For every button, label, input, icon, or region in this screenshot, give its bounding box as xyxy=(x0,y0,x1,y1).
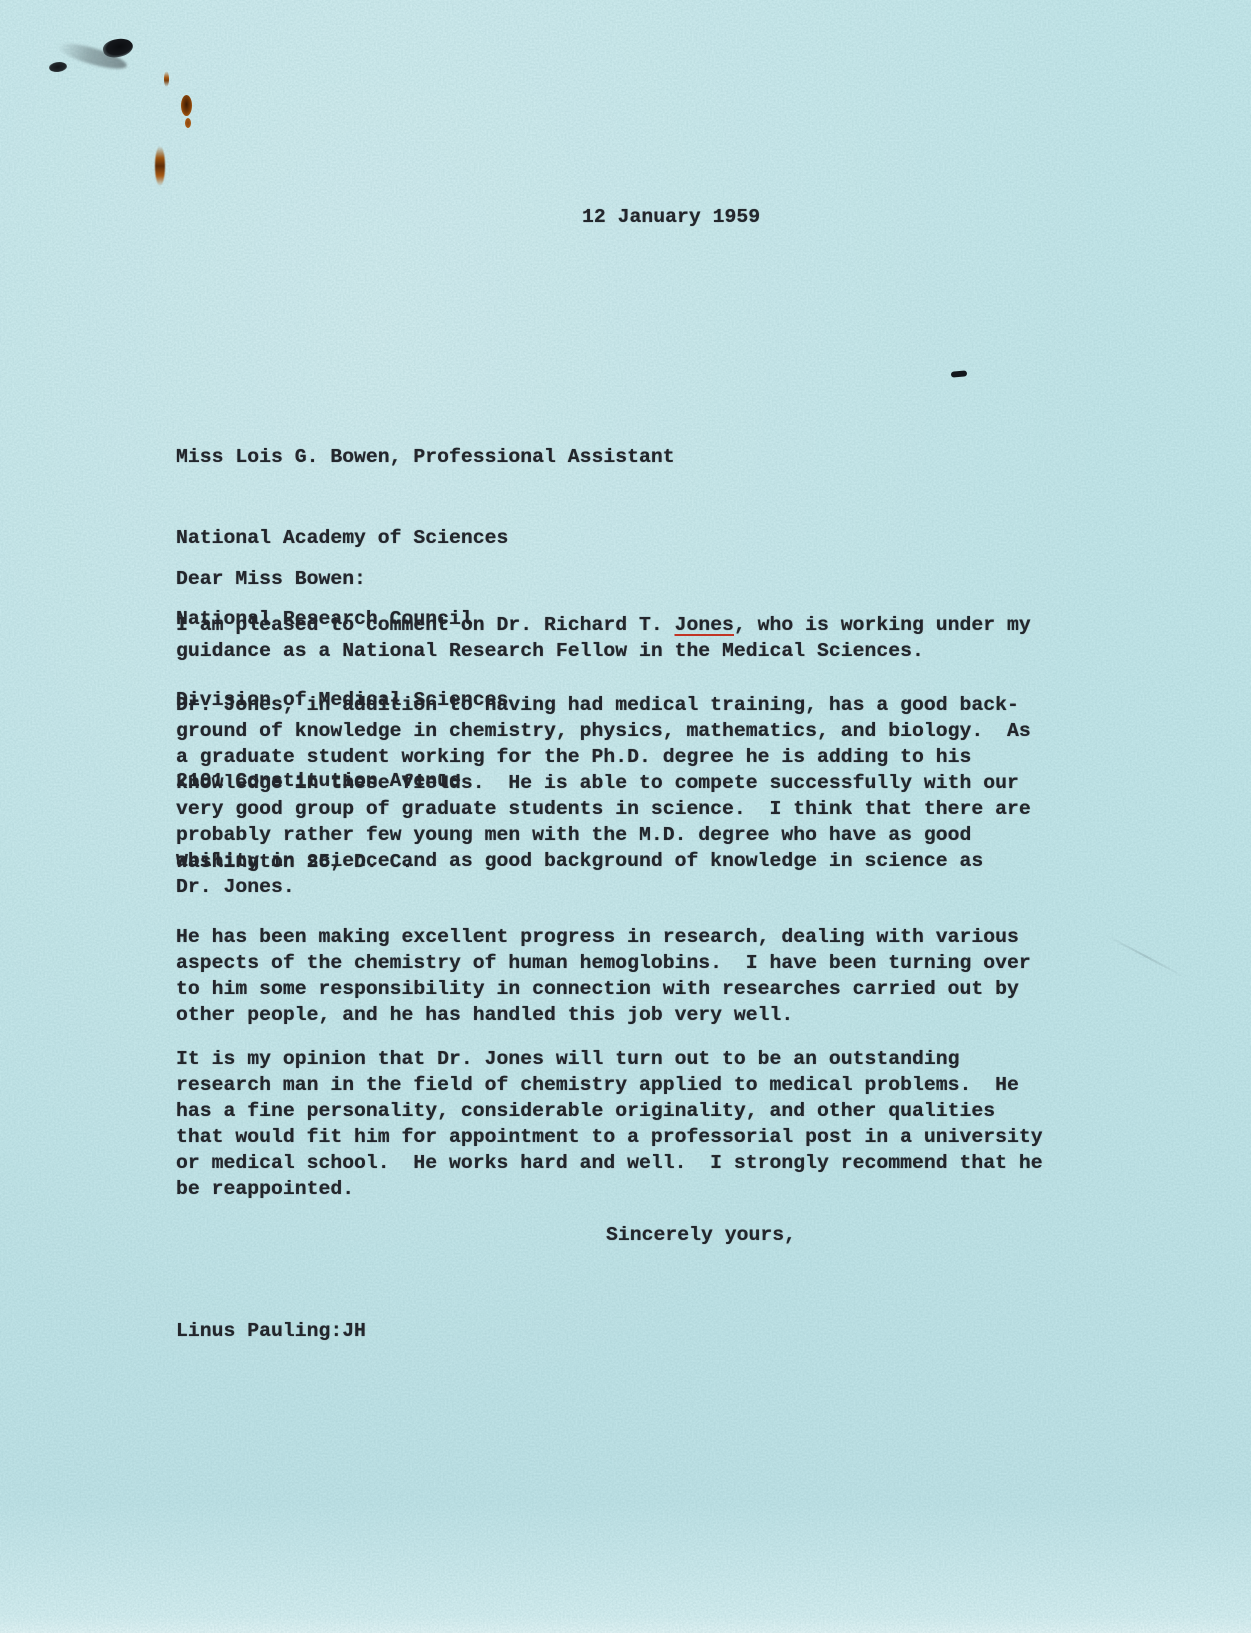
ink-smudge-small xyxy=(48,61,67,74)
ink-smear xyxy=(55,38,129,73)
recipient-name-line: Miss Lois G. Bowen, Professional Assista… xyxy=(176,444,675,471)
ink-smudge xyxy=(101,36,134,61)
ink-dash xyxy=(951,370,967,377)
paragraph-2: Dr. Jones, in addition to having had med… xyxy=(176,692,1031,900)
salutation: Dear Miss Bowen: xyxy=(176,566,366,592)
paragraph-3: He has been making excellent progress in… xyxy=(176,924,1031,1028)
rust-stain xyxy=(185,118,191,128)
rust-stain xyxy=(164,71,169,87)
paragraph-1: I am pleased to comment on Dr. Richard T… xyxy=(176,612,1031,664)
paragraph-4: It is my opinion that Dr. Jones will tur… xyxy=(176,1046,1043,1202)
letter-date: 12 January 1959 xyxy=(582,204,760,230)
underlined-name: Jones xyxy=(675,614,734,636)
rust-stain xyxy=(155,146,165,186)
paper-crease xyxy=(1105,934,1185,978)
signature-line: Linus Pauling:JH xyxy=(176,1318,366,1344)
rust-stain xyxy=(181,95,192,116)
letter-page: 12 January 1959 Miss Lois G. Bowen, Prof… xyxy=(0,0,1251,1633)
recipient-org-line: National Academy of Sciences xyxy=(176,525,675,552)
paragraph-1-text: I am pleased to comment on Dr. Richard T… xyxy=(176,614,675,636)
closing: Sincerely yours, xyxy=(606,1222,796,1248)
